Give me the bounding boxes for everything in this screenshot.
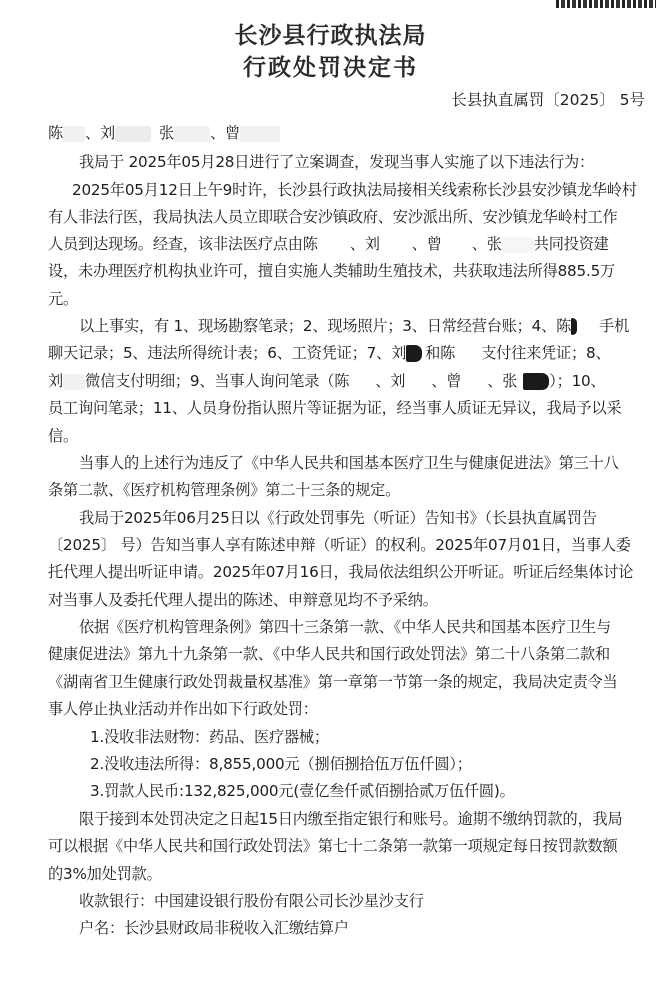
paragraph-basis-line: 《湖南省卫生健康行政处罚裁量权基准》第一章第一节第一条的规定，我局决定责令当 [48, 672, 648, 692]
redaction [63, 374, 85, 390]
text: 、刘 [375, 372, 405, 390]
redaction [63, 126, 85, 142]
paragraph-payment-line: 的3%加处罚款。 [48, 864, 648, 884]
paragraph-evidence-line: 聊天记录；5、违法所得统计表；6、工资凭证；7、刘和陈支付往来凭证；8、 [48, 343, 648, 363]
agency-title: 长沙县行政执法局 [0, 17, 661, 50]
text: 共同投资建 [534, 235, 609, 253]
redaction [406, 345, 422, 362]
paragraph-evidence-line: 员工询问笔录；11、人员身份指认照片等证据为证，经当事人质证无异议，我局予以采 [48, 398, 648, 418]
paragraph-evidence-line: 以上事实，有 1、现场勘察笔录；2、现场照片；3、日常经营台账；4、陈手机 [79, 316, 661, 336]
text: 支付往来凭证；8、 [481, 344, 610, 362]
redaction [577, 319, 599, 335]
paragraph-evidence-line: 刘微信支付明细；9、当事人询问笔录（陈、刘、曾、张）；10、 [48, 371, 648, 391]
text: 、张 [472, 235, 502, 253]
paragraph-hearing-line: 对当事人及委托代理人提出的陈述、申辩意见均不予采纳。 [48, 590, 648, 610]
redaction [523, 373, 549, 390]
paragraph-basis-line: 事人停止执业活动并作出如下行政处罚： [48, 699, 648, 719]
paragraph-hearing-line: 我局于2025年06月25日以《行政处罚事先（听证）告知书》（长县执直属罚告 [79, 508, 661, 528]
party-name: 张 [159, 124, 174, 142]
redaction [174, 126, 210, 142]
paragraph-filing: 我局于 2025年05月28日进行了立案调查，发现当事人实施了以下违法行为： [79, 152, 661, 172]
paragraph-hearing-line: 托代理人提出听证申请。2025年07月16日，我局依法组织公开听证。听证后经集体… [48, 562, 648, 582]
paragraph-payment-line: 限于接到本处罚决定之日起15日内缴至指定银行和账号。逾期不缴纳罚款的，我局 [79, 809, 661, 829]
paragraph-evidence-line: 信。 [48, 426, 648, 446]
paragraph-facts-line: 元。 [48, 289, 648, 309]
redaction [405, 374, 431, 390]
parties-line: 陈、刘张、曾 [48, 123, 648, 143]
text: 、张 [487, 372, 517, 390]
paragraph-facts-line: 设，未办理医疗机构执业许可，擅自实施人类辅助生殖技术，共获取违法所得885.5万 [48, 261, 648, 281]
penalty-item: 1.没收非法财物：药品、医疗器械； [90, 727, 661, 747]
account-name: 户名：长沙县财政局非税收入汇缴结算户 [79, 918, 661, 938]
penalty-item: 3.罚款人民币:132,825,000元(壹亿叁仟贰佰捌拾贰万伍仟圆)。 [90, 781, 661, 801]
text: 聊天记录；5、违法所得统计表；6、工资凭证；7、刘 [48, 344, 406, 362]
redaction [318, 237, 350, 253]
paragraph-basis-line: 依据《医疗机构管理条例》第四十三条第一款、《中华人民共和国基本医疗卫生与 [79, 617, 661, 637]
party-name: 陈 [48, 124, 63, 142]
paragraph-violation-line: 当事人的上述行为违反了《中华人民共和国基本医疗卫生与健康促进法》第三十八 [79, 453, 661, 473]
paragraph-facts-line: 2025年05月12日上午9时许，长沙县行政执法局接相关线索称长沙县安沙镇龙华岭… [72, 180, 661, 200]
document-type-title: 行政处罚决定书 [0, 49, 661, 82]
party-name: 、曾 [210, 124, 240, 142]
paragraph-violation-line: 条第二款、《医疗机构管理条例》第二十三条的规定。 [48, 480, 648, 500]
redaction [461, 374, 487, 390]
redaction [240, 126, 280, 142]
bank-name: 收款银行：中国建设银行股份有限公司长沙星沙支行 [79, 891, 661, 911]
penalty-item: 2.没收违法所得：8,855,000元（捌佰捌拾伍万伍仟圆）； [90, 754, 661, 774]
text: 和陈 [425, 344, 455, 362]
paragraph-hearing-line: 〔2025〕 号）告知当事人享有陈述申辩（听证）的权利。2025年07月01日，… [48, 535, 648, 555]
redaction [349, 374, 375, 390]
text: 刘 [48, 372, 63, 390]
redaction [115, 126, 151, 142]
text: 手机 [599, 317, 629, 335]
document-number: 长县执直属罚〔2025〕 5号 [451, 88, 645, 110]
text: 、曾 [431, 372, 461, 390]
text: ）；10、 [549, 372, 605, 390]
paragraph-basis-line: 健康促进法》第九十九条第一款、《中华人民共和国行政处罚法》第二十八条第二款和 [48, 644, 648, 664]
redaction [455, 346, 481, 362]
paragraph-payment-line: 可以根据《中华人民共和国行政处罚法》第七十二条第一款第一项规定每日按罚款数额 [48, 836, 648, 856]
redaction [502, 237, 534, 253]
redaction [442, 237, 472, 253]
text: 人员到达现场。经查，该非法医疗点由陈 [48, 235, 318, 253]
text: 、曾 [412, 235, 442, 253]
redaction [380, 237, 412, 253]
paragraph-facts-line: 人员到达现场。经查，该非法医疗点由陈、刘、曾、张共同投资建 [48, 234, 648, 254]
party-name: 、刘 [85, 124, 115, 142]
text: 微信支付明细；9、当事人询问笔录（陈 [85, 372, 349, 390]
paragraph-facts-line: 有人非法行医，我局执法人员立即联合安沙镇政府、安沙派出所、安沙镇龙华岭村工作 [48, 207, 648, 227]
text: 以上事实，有 1、现场勘察笔录；2、现场照片；3、日常经营台账；4、陈 [79, 317, 571, 335]
text: 、刘 [350, 235, 380, 253]
qr-code-fragment [556, 0, 656, 8]
